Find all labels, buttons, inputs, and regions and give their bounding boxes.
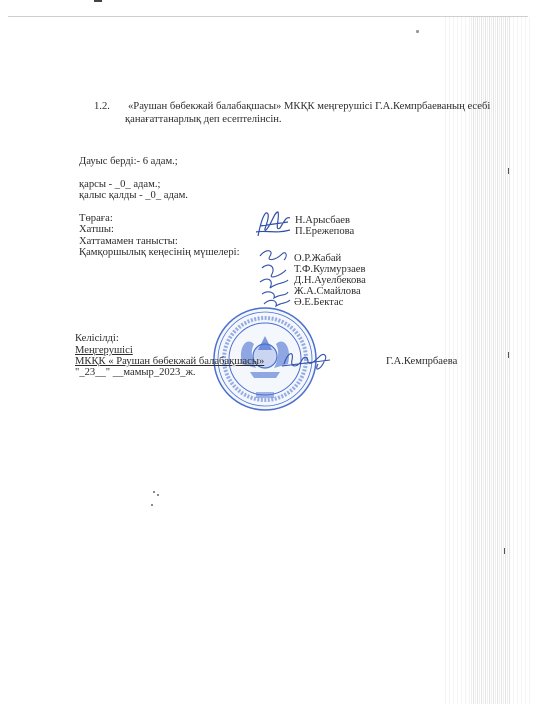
acquainted-label: Хаттамамен таныcты: (79, 236, 178, 247)
member-name: Ж.А.Смайлова (294, 286, 361, 297)
member-name: О.Р.Жабай (294, 253, 341, 264)
scan-edge-artifact-dense (470, 17, 510, 704)
scan-mark (508, 168, 509, 174)
board-members-label: Қамқоршылық кеңесінің мүшелері: (79, 247, 240, 258)
item-number: 1.2. (94, 101, 110, 112)
vote-against: қарсы - _0_ адам.; (79, 179, 160, 190)
approval-date: "_23__" __мамыр_2023_ж. (75, 367, 196, 378)
scan-mark (508, 352, 509, 358)
scan-speck (416, 30, 419, 33)
signature-chair-secretary (252, 206, 294, 240)
organization-name: МКҚК « Раушан бөбекжай балабақшасы» (75, 356, 264, 367)
vote-for: Дауыс берді:- 6 адам.; (79, 156, 178, 167)
signature-head (280, 348, 336, 374)
head-name: Г.А.Кемпрбаева (386, 356, 457, 367)
scan-mark (94, 0, 102, 2)
scan-speck (153, 491, 155, 493)
chair-name: Н.Арысбаев (295, 215, 350, 226)
resolution-line-2: қанағаттанарлық деп есептелінсін. (125, 114, 282, 125)
scan-mark (504, 548, 505, 554)
scan-speck (157, 494, 159, 496)
secretary-name: П.Ережепова (295, 226, 354, 237)
member-name: Т.Ф.Кулмурзаев (294, 264, 365, 275)
agreed-label: Келісілді: (75, 333, 119, 344)
resolution-line-1: «Раушан бөбекжай балабақшасы» МКҚК меңге… (128, 101, 490, 112)
vote-abstained: қалыс қалды - _0_ адам. (79, 190, 188, 201)
scan-speck (151, 504, 153, 506)
secretary-label: Хатшы: (79, 224, 114, 235)
member-name: Д.Н.Ауелбекова (294, 275, 366, 286)
head-position: Меңгерушісі (75, 345, 133, 356)
chair-label: Төраға: (79, 213, 113, 224)
signature-board-members (256, 246, 294, 308)
